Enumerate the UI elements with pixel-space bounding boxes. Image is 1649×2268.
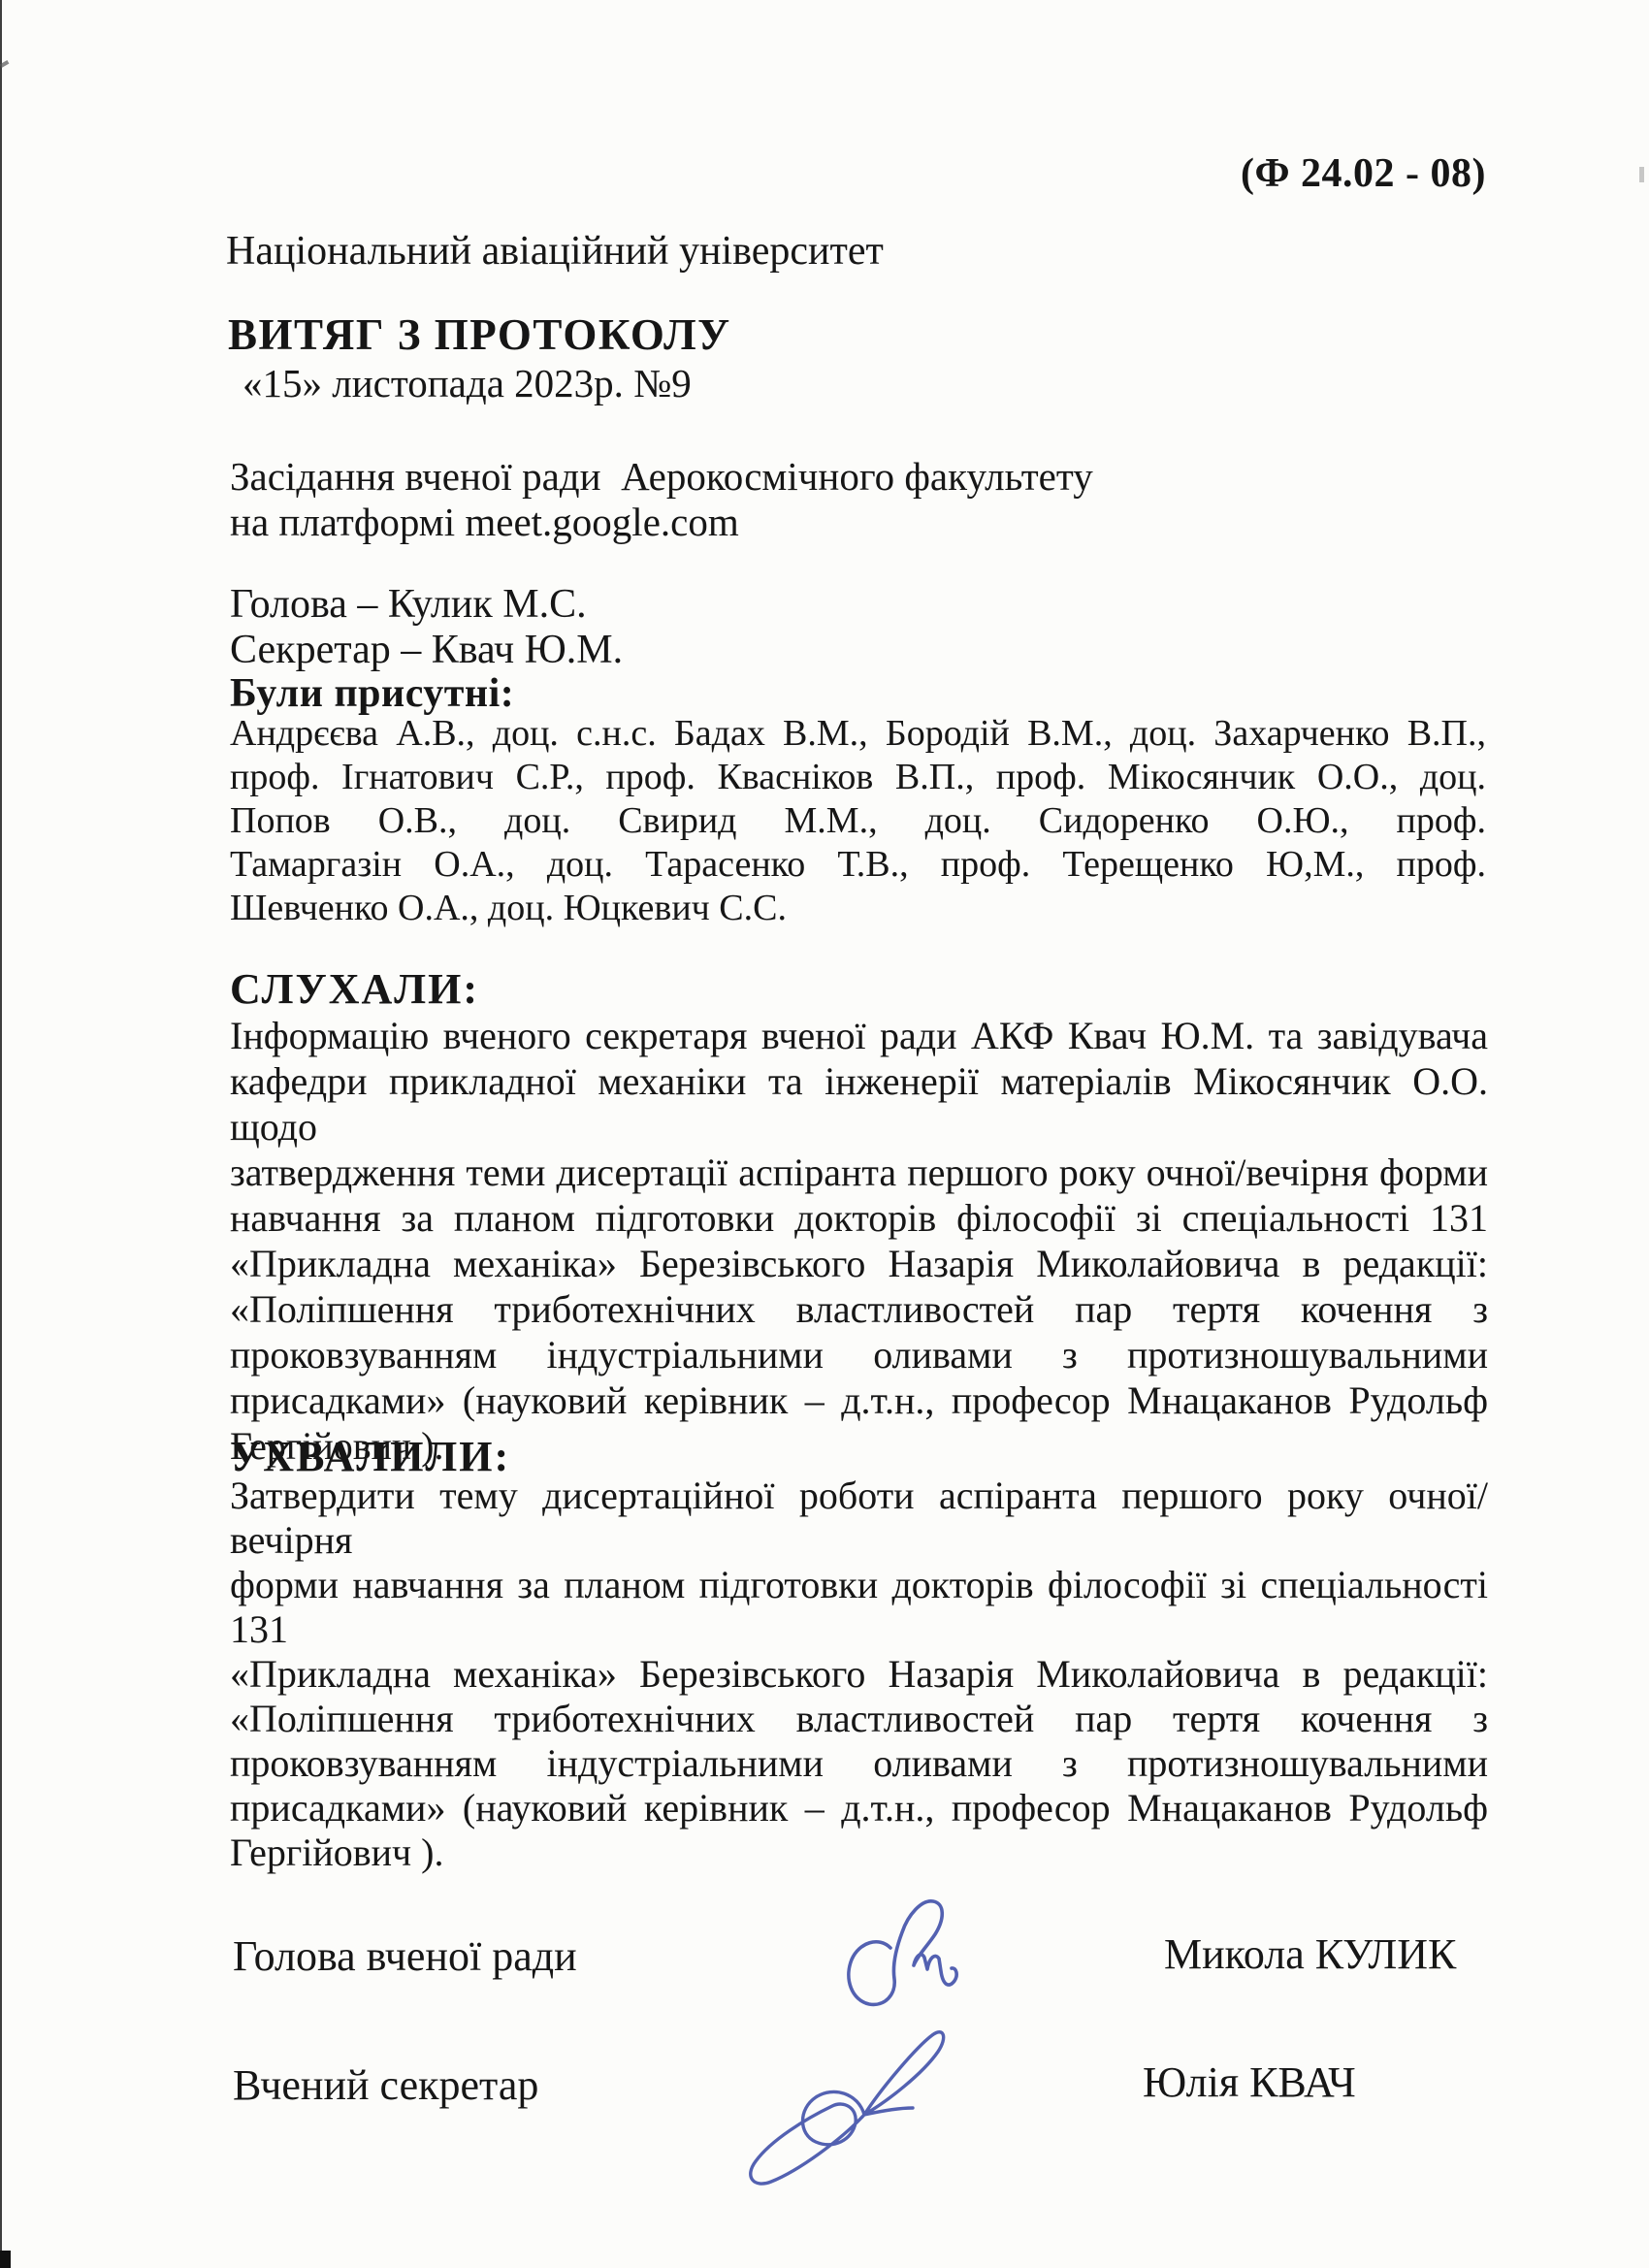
signature-role-chair: Голова вченої ради (233, 1931, 577, 1981)
scan-artifact (1639, 167, 1644, 182)
text-line: присадками» (науковий керівник – д.т.н.,… (230, 1377, 1488, 1423)
heard-section-heading: СЛУХАЛИ: (230, 964, 479, 1014)
text-line: «Поліпшення триботехнічних властливостей… (230, 1286, 1488, 1332)
kulyk-signature-ink (846, 1897, 968, 2016)
form-code: (Ф 24.02 - 08) (1241, 150, 1486, 197)
document-title: ВИТЯГ З ПРОТОКОЛУ (228, 309, 731, 360)
document-date-number: «15» листопада 2023р. №9 (242, 360, 692, 406)
scan-artifact (0, 2251, 11, 2268)
chair-line: Голова – Кулик М.С. (230, 581, 587, 628)
text-line: Шевченко О.А., доц. Юцкевич С.С. (230, 887, 1486, 930)
attendees-paragraph: Андрєєва А.В., доц. с.н.с. Бадах В.М., Б… (230, 712, 1486, 930)
attendees-heading: Були присутні: (230, 670, 514, 717)
text-line: навчання за планом підготовки докторів ф… (230, 1195, 1488, 1241)
university-name: Національний авіаційний університет (226, 228, 884, 275)
text-line: форми навчання за планом підготовки докт… (230, 1563, 1488, 1652)
text-line: Гергійович ). (230, 1831, 1488, 1875)
signature-name-chair: Микола КУЛИК (1164, 1929, 1456, 1979)
text-line: Андрєєва А.В., доц. с.н.с. Бадах В.М., Б… (230, 712, 1486, 756)
text-line: кафедри прикладної механіки та інженерії… (230, 1058, 1488, 1150)
text-line: Тамаргазін О.А., доц. Тарасенко Т.В., пр… (230, 843, 1486, 887)
text-line: проковзуванням індустріальними оливами з… (230, 1741, 1488, 1786)
text-line: «Поліпшення триботехнічних властливостей… (230, 1697, 1488, 1741)
text-line: присадками» (науковий керівник – д.т.н.,… (230, 1786, 1488, 1831)
heard-paragraph: Інформацію вченого секретаря вченої ради… (230, 1013, 1488, 1469)
secretary-line: Секретар – Квач Ю.М. (230, 627, 623, 673)
text-line: Інформацію вченого секретаря вченої ради… (230, 1013, 1488, 1058)
meeting-description-line1: Засідання вченої ради Аерокосмічного фак… (230, 453, 1093, 500)
text-line: затвердження теми дисертації аспіранта п… (230, 1150, 1488, 1195)
text-line: «Прикладна механіка» Березівського Назар… (230, 1652, 1488, 1697)
text-line: Попов О.В., доц. Свирид М.М., доц. Сидор… (230, 799, 1486, 843)
signature-name-secretary: Юлія КВАЧ (1143, 2057, 1356, 2107)
resolved-paragraph: Затвердити тему дисертаційної роботи асп… (230, 1474, 1488, 1875)
signature-role-secretary: Вчений секретар (233, 2060, 538, 2110)
scanned-document-page: (Ф 24.02 - 08) Національний авіаційний у… (0, 0, 1649, 2268)
text-line: проф. Ігнатович С.Р., проф. Квасніков В.… (230, 756, 1486, 799)
text-line: проковзуванням індустріальними оливами з… (230, 1332, 1488, 1377)
text-line: «Прикладна механіка» Березівського Назар… (230, 1241, 1488, 1286)
meeting-description-line2: на платформі meet.google.com (230, 499, 739, 545)
kvach-signature-ink (740, 2025, 954, 2195)
text-line: Затвердити тему дисертаційної роботи асп… (230, 1474, 1488, 1563)
scan-edge-line (0, 0, 2, 2268)
